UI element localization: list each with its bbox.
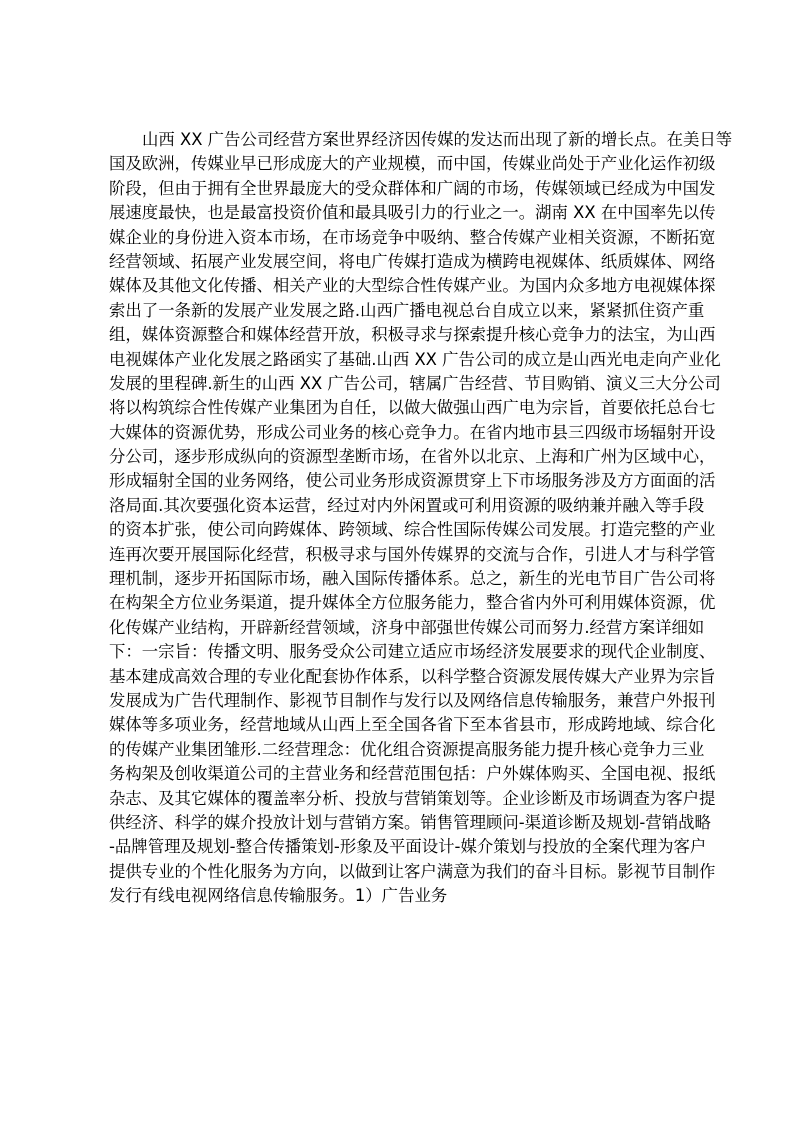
paragraph-line: 组，媒体资源整合和媒体经营开放，积极寻求与探索提升核心竞争力的法宝，为山西 (109, 323, 699, 347)
paragraph-line: 电视媒体产业化发展之路函实了基础.山西 XX 广告公司的成立是山西光电走向产业化 (109, 348, 699, 372)
paragraph-line: 发展的里程碑.新生的山西 XX 广告公司，辖属广告经营、节目购销、演义三大分公司 (109, 372, 699, 396)
paragraph-line: 化传媒产业结构，开辟新经营领域，济身中部强世传媒公司而努力.经营方案详细如 (109, 616, 699, 640)
paragraph-line: 的传媒产业集团雏形.二经营理念：优化组合资源提高服务能力提升核心竞争力三业 (109, 738, 699, 762)
paragraph-line: 媒体等多项业务，经营地域从山西上至全国各省下至本省县市，形成跨地域、综合化 (109, 713, 699, 737)
paragraph-line: 发展成为广告代理制作、影视节目制作与发行以及网络信息传输服务，兼营户外报刊 (109, 689, 699, 713)
paragraph-line: 供经济、科学的媒介投放计划与营销方案。销售管理顾问-渠道诊断及规划-营销战略 (109, 811, 699, 835)
paragraph-line: -品牌管理及规划-整合传播策划-形象及平面设计-媒介策划与投放的全案代理为客户 (109, 835, 699, 859)
paragraph-line: 大媒体的资源优势，形成公司业务的核心竞争力。在省内地市县三四级市场辐射开设 (109, 421, 699, 445)
paragraph-line: 分公司，逐步形成纵向的资源型垄断市场，在省外以北京、上海和广州为区域中心， (109, 445, 699, 469)
paragraph-line: 基本建成高效合理的专业化配套协作体系，以科学整合资源发展传媒大产业界为宗旨 (109, 665, 699, 689)
paragraph-line: 索出了一条新的发展产业发展之路.山西广播电视总台自成立以来，紧紧抓住资产重 (109, 299, 699, 323)
paragraph-line: 提供专业的个性化服务为方向，以做到让客户满意为我们的奋斗目标。影视节目制作 (109, 860, 699, 884)
paragraph-line: 发行有线电视网络信息传输服务。1）广告业务 (109, 884, 699, 908)
paragraph-line: 国及欧洲，传媒业早已形成庞大的产业规模，而中国，传媒业尚处于产业化运作初级 (109, 152, 699, 176)
paragraph-line: 经营领域、拓展产业发展空间，将电广传媒打造成为横跨电视媒体、纸质媒体、网络 (109, 250, 699, 274)
body-paragraph: 山西 XX 广告公司经营方案世界经济因传媒的发达而出现了新的增长点。在美日等 国… (109, 128, 699, 909)
paragraph-line: 展速度最快，也是最富投资价值和最具吸引力的行业之一。湖南 XX 在中国率先以传 (109, 201, 699, 225)
paragraph-line: 形成辐射全国的业务网络，使公司业务形成资源贯穿上下市场服务涉及方方面面的活 (109, 469, 699, 493)
paragraph-line: 在构架全方位业务渠道，提升媒体全方位服务能力，整合省内外可利用媒体资源，优 (109, 591, 699, 615)
paragraph-line: 理机制，逐步开拓国际市场，融入国际传播体系。总之，新生的光电节目广告公司将 (109, 567, 699, 591)
paragraph-line: 务构架及创收渠道公司的主营业务和经营范围包括：户外媒体购买、全国电视、报纸 (109, 762, 699, 786)
paragraph-line: 下：一宗旨：传播文明、服务受众公司建立适应市场经济发展要求的现代企业制度、 (109, 640, 699, 664)
document-page: 山西 XX 广告公司经营方案世界经济因传媒的发达而出现了新的增长点。在美日等 国… (0, 0, 793, 1122)
paragraph-line: 媒体及其他文化传播、相关产业的大型综合性传媒产业。为国内众多地方电视媒体探 (109, 274, 699, 298)
paragraph-line: 将以构筑综合性传媒产业集团为自任，以做大做强山西广电为宗旨，首要依托总台七 (109, 396, 699, 420)
paragraph-line: 杂志、及其它媒体的覆盖率分析、投放与营销策划等。企业诊断及市场调查为客户提 (109, 787, 699, 811)
paragraph-line: 媒企业的身份进入资本市场，在市场竞争中吸纳、整合传媒产业相关资源，不断拓宽 (109, 226, 699, 250)
paragraph-line: 阶段，但由于拥有全世界最庞大的受众群体和广阔的市场，传媒领域已经成为中国发 (109, 177, 699, 201)
paragraph-line: 洛局面.其次要强化资本运营，经过对内外闲置或可利用资源的吸纳兼并融入等手段 (109, 494, 699, 518)
paragraph-line: 连再次要开展国际化经营，积极寻求与国外传媒界的交流与合作，引进人才与科学管 (109, 543, 699, 567)
paragraph-line: 的资本扩张，使公司向跨媒体、跨领域、综合性国际传媒公司发展。打造完整的产业 (109, 518, 699, 542)
paragraph-line: 山西 XX 广告公司经营方案世界经济因传媒的发达而出现了新的增长点。在美日等 (109, 128, 699, 152)
